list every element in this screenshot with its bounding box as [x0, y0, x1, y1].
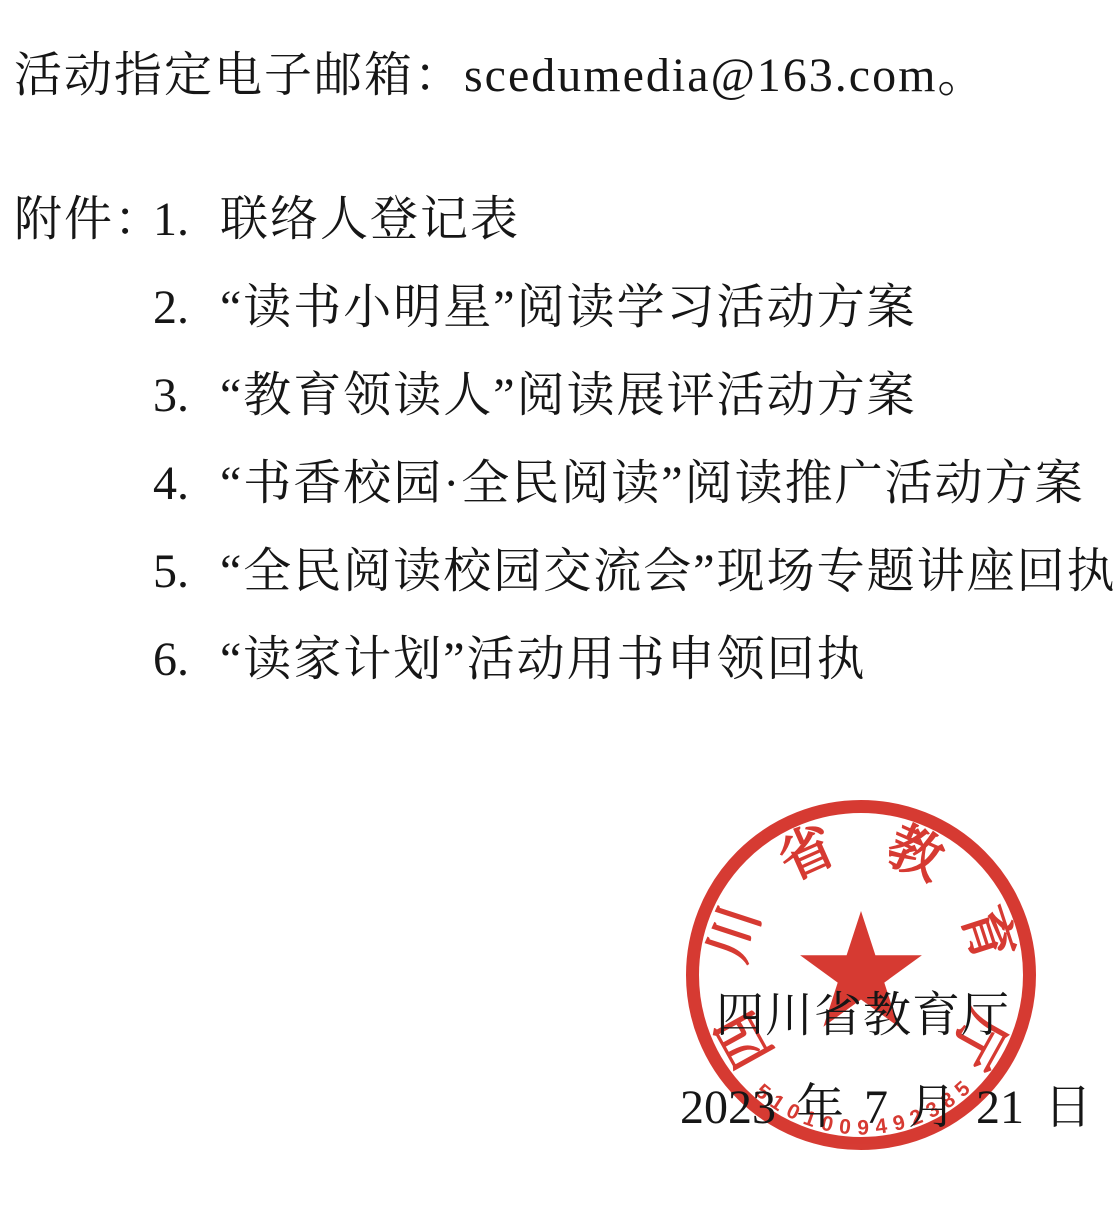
attachment-item: 5.“全民阅读校园交流会”现场专题讲座回执 [153, 532, 1115, 601]
attachment-item-number: 3. [153, 368, 220, 423]
attachment-item-title: “读书小明星”阅读学习活动方案 [220, 281, 917, 334]
attachment-item: 3.“教育领读人”阅读展评活动方案 [153, 356, 917, 425]
attachments-label: 附件： [14, 180, 164, 249]
attachment-item-number: 2. [153, 280, 220, 335]
document-page: 活动指定电子邮箱：scedumedia@163.com。 附件： 1.联络人登记… [0, 0, 1115, 1218]
attachment-item: 2.“读书小明星”阅读学习活动方案 [153, 268, 917, 337]
attachment-item-title: “书香校园·全民阅读”阅读推广活动方案 [220, 457, 1085, 510]
signature-date: 2023 年 7 月 21 日 [680, 1068, 1092, 1137]
attachment-item-title: “全民阅读校园交流会”现场专题讲座回执 [220, 545, 1115, 598]
attachment-item: 6.“读家计划”活动用书申领回执 [153, 620, 867, 689]
attachment-item-number: 1. [153, 192, 220, 247]
signature-org: 四川省教育厅 [716, 976, 1010, 1045]
attachment-item: 1.联络人登记表 [153, 180, 520, 249]
attachment-list: 1.联络人登记表2.“读书小明星”阅读学习活动方案3.“教育领读人”阅读展评活动… [153, 180, 1113, 720]
attachment-item-number: 4. [153, 456, 220, 511]
attachment-item-number: 5. [153, 544, 220, 599]
attachment-item: 4.“书香校园·全民阅读”阅读推广活动方案 [153, 444, 1085, 513]
email-line: 活动指定电子邮箱：scedumedia@163.com。 [14, 36, 987, 105]
attachment-item-title: “教育领读人”阅读展评活动方案 [220, 369, 917, 422]
attachment-item-number: 6. [153, 632, 220, 687]
attachment-item-title: 联络人登记表 [220, 193, 520, 246]
attachment-item-title: “读家计划”活动用书申领回执 [220, 633, 867, 686]
